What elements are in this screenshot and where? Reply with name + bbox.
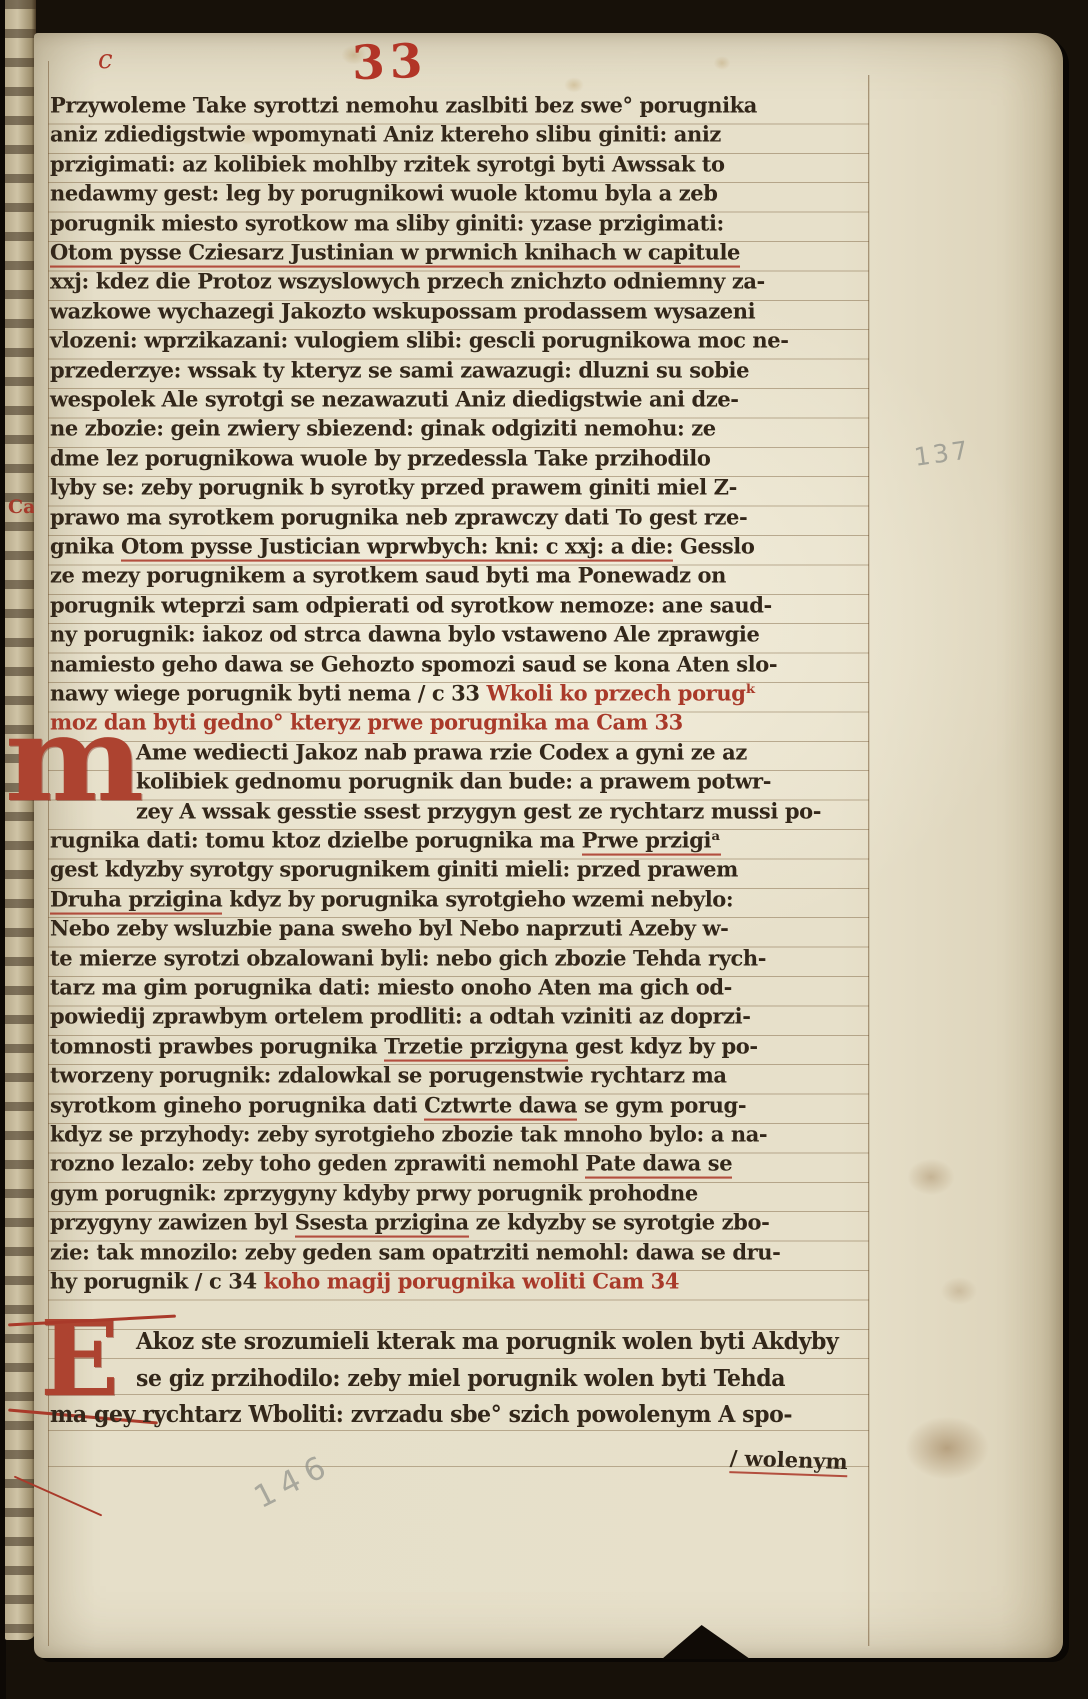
text-segment: vlozeni: wprzikazani: vulogiem slibi: ge… [50, 327, 789, 353]
text-segment: zey A wssak gesstie ssest przygyn gest z… [136, 797, 821, 823]
text-segment: Przywoleme Take syrottzi nemohu zaslbiti… [50, 91, 757, 117]
text-segment: kdyz by porugnika syrotgieho wzemi nebyl… [222, 885, 733, 911]
text-segment: nedawmy gest: leg by porugnikowi wuole k… [50, 180, 718, 206]
quire-mark: c [98, 45, 113, 75]
text-segment: Pate dawa se [585, 1150, 732, 1179]
text-segment: te mierze syrotzi obzalowani byli: nebo … [50, 944, 766, 970]
manuscript-text-line: xxj: kdez die Protoz wszyslowych przech … [50, 266, 864, 297]
text-segment: gest kdyz by po- [568, 1032, 758, 1058]
text-segment: dme lez porugnikowa wuole by przedessla … [50, 444, 711, 470]
manuscript-text-line: tarz ma gim porugnika dati: miesto onoho… [50, 971, 864, 1002]
text-segment: przederzye: wssak ty kteryz se sami zawa… [50, 356, 749, 382]
folio-number: 33 [351, 34, 428, 92]
rubric-segment: Wkoli ko przech porugᵏ [487, 679, 757, 705]
rubric-segment: koho magij porugnika woliti Cam 34 [264, 1267, 679, 1293]
manuscript-text-line: gest kdyzby syrotgy sporugnikem giniti m… [50, 854, 864, 885]
text-segment: zie: tak mnozilo: zeby geden sam opatrzi… [50, 1238, 780, 1264]
text-segment: wazkowe wychazegi Jakozto wskupossam pro… [50, 297, 755, 323]
manuscript-text-line: kolibiek gednomu porugnik dan bude: a pr… [50, 766, 950, 797]
text-segment: syrotkom gineho porugnika dati [50, 1091, 424, 1117]
manuscript-text-line: porugnik wteprzi sam odpierati od syrotk… [50, 589, 864, 620]
text-segment: gest kdyzby syrotgy sporugnikem giniti m… [50, 856, 738, 882]
text-segment: wespolek Ale syrotgi se nezawazuti Aniz … [50, 385, 739, 411]
manuscript-text-line: namiesto geho dawa se Gehozto spomozi sa… [50, 648, 864, 679]
manuscript-text-line: Druha przigina kdyz by porugnika syrotgi… [50, 883, 864, 914]
parchment-notch [662, 1625, 750, 1659]
manuscript-text-line: ze mezy porugnikem a syrotkem saud byti … [50, 560, 864, 591]
text-segment: rugnika dati: tomu ktoz dzielbe porugnik… [50, 826, 582, 852]
manuscript-text-line: se giz przihodilo: zeby miel porugnik wo… [50, 1361, 950, 1399]
manuscript-text-line: syrotkom gineho porugnika dati Cztwrte d… [50, 1089, 864, 1120]
text-segment: Ssesta przigina [295, 1209, 469, 1238]
catchword-text: / wolenym [729, 1445, 848, 1477]
manuscript-text-line: przederzye: wssak ty kteryz se sami zawa… [50, 354, 864, 385]
manuscript-text-line: kdyz se przyhody: zeby syrotgieho zbozie… [50, 1118, 864, 1149]
text-segment: powiedij zprawbym ortelem prodliti: a od… [50, 1003, 751, 1029]
manuscript-text-line: Nebo zeby wsluzbie pana sweho byl Nebo n… [50, 913, 864, 944]
manuscript-text-line: dme lez porugnikowa wuole by przedessla … [50, 442, 864, 473]
text-segment: aniz zdiedigstwie wpomynati Aniz ktereho… [50, 121, 721, 147]
manuscript-text-line: hy porugnik / c 34 koho magij porugnika … [50, 1265, 864, 1296]
manuscript-text-line: gnika Otom pysse Justician wprwbych: kni… [50, 530, 864, 561]
text-segment: tarz ma gim porugnika dati: miesto onoho… [50, 973, 732, 999]
text-segment: ze kdyzby se syrotgie zbo- [469, 1209, 770, 1235]
text-segment: Nebo zeby wsluzbie pana sweho byl Nebo n… [50, 915, 728, 941]
text-segment: Gesslo [673, 532, 754, 558]
manuscript-text-line: nawy wiege porugnik byti nema / c 33 Wko… [50, 677, 864, 708]
text-segment: hy porugnik / c 34 [50, 1267, 264, 1293]
manuscript-text-line: ne zbozie: gein zwiery sbiezend: ginak o… [50, 413, 864, 444]
text-segment: Prwe przigiᵃ [582, 826, 721, 855]
manuscript-text-line: Przywoleme Take syrottzi nemohu zaslbiti… [50, 89, 864, 120]
text-segment: Druha przigina [50, 885, 222, 914]
manuscript-text-line: nedawmy gest: leg by porugnikowi wuole k… [50, 178, 864, 209]
text-segment: lyby se: zeby porugnik b syrotky przed p… [50, 474, 737, 500]
text-segment: przygyny zawizen byl [50, 1209, 295, 1235]
text-segment: Akoz ste srozumieli kterak ma porugnik w… [136, 1328, 838, 1355]
manuscript-page: c 33 m E Przywoleme Take syrottzi nemohu… [34, 33, 1063, 1658]
manuscript-text-line: lyby se: zeby porugnik b syrotky przed p… [50, 472, 864, 503]
manuscript-text-line: aniz zdiedigstwie wpomynati Aniz ktereho… [50, 119, 864, 150]
pencil-foliation-right: 137 [912, 435, 972, 472]
text-segment: porugnik miesto syrotkow ma sliby giniti… [50, 209, 724, 235]
text-segment: ny porugnik: iakoz od strca dawna bylo v… [50, 621, 759, 647]
text-segment: tworzeny porugnik: zdalowkal se porugens… [50, 1062, 727, 1088]
manuscript-text-line: Otom pysse Cziesarz Justinian w prwnich … [50, 236, 864, 267]
manuscript-text-line: vlozeni: wprzikazani: vulogiem slibi: ge… [50, 325, 864, 356]
text-segment: xxj: kdez die Protoz wszyslowych przech … [50, 268, 765, 294]
text-segment: namiesto geho dawa se Gehozto spomozi sa… [50, 650, 777, 676]
text-segment: se giz przihodilo: zeby miel porugnik wo… [136, 1365, 785, 1392]
manuscript-text-line: przigimati: az kolibiek mohlby rzitek sy… [50, 148, 864, 179]
text-segment: Cztwrte dawa [424, 1091, 577, 1120]
text-segment: przigimati: az kolibiek mohlby rzitek sy… [50, 150, 725, 176]
manuscript-text-line: przygyny zawizen byl Ssesta przigina ze … [50, 1207, 864, 1238]
manuscript-text-line: gym porugnik: zprzygyny kdyby prwy porug… [50, 1177, 864, 1208]
manuscript-text-line: Akoz ste srozumieli kterak ma porugnik w… [50, 1324, 950, 1362]
manuscript-text-line: porugnik miesto syrotkow ma sliby giniti… [50, 207, 864, 238]
text-segment: se gym porug- [577, 1091, 746, 1117]
text-segment: nawy wiege porugnik byti nema / c 33 [50, 679, 487, 705]
manuscript-text-line: rugnika dati: tomu ktoz dzielbe porugnik… [50, 824, 864, 855]
manuscript-text-line: wazkowe wychazegi Jakozto wskupossam pro… [50, 295, 864, 326]
manuscript-text-line: wespolek Ale syrotgi se nezawazuti Aniz … [50, 383, 864, 414]
text-segment: gnika [50, 532, 121, 558]
text-segment: porugnik wteprzi sam odpierati od syrotk… [50, 591, 772, 617]
manuscript-text-line: tworzeny porugnik: zdalowkal se porugens… [50, 1060, 864, 1091]
text-segment: kdyz se przyhody: zeby syrotgieho zbozie… [50, 1120, 767, 1146]
manuscript-text-line: te mierze syrotzi obzalowani byli: nebo … [50, 942, 864, 973]
gutter-rubric-fragment: Ca [8, 496, 35, 518]
manuscript-scan: Ca c 33 m E Przywoleme Take syrottzi nem… [0, 0, 1088, 1699]
manuscript-text-line: zie: tak mnozilo: zeby geden sam opatrzi… [50, 1236, 864, 1267]
text-segment: ne zbozie: gein zwiery sbiezend: ginak o… [50, 415, 716, 441]
text-segment: Otom pysse Justician wprwbych: kni: c xx… [121, 532, 673, 561]
text-segment: gym porugnik: zprzygyny kdyby prwy porug… [50, 1179, 698, 1205]
text-segment: Trzetie przigyna [384, 1032, 568, 1061]
text-segment: prawo ma syrotkem porugnika neb zprawczy… [50, 503, 747, 529]
text-segment: rozno lezalo: zeby toho geden zprawiti n… [50, 1150, 585, 1176]
text-segment: kolibiek gednomu porugnik dan bude: a pr… [136, 768, 771, 794]
rubric-segment: moz dan byti gedno° kteryz prwe porugnik… [50, 709, 683, 735]
text-segment: Otom pysse Cziesarz Justinian w prwnich … [50, 238, 740, 267]
manuscript-text-line: zey A wssak gesstie ssest przygyn gest z… [50, 795, 950, 826]
manuscript-text-line: powiedij zprawbym ortelem prodliti: a od… [50, 1001, 864, 1032]
text-segment: tomnosti prawbes porugnika [50, 1032, 384, 1058]
manuscript-text-line: rozno lezalo: zeby toho geden zprawiti n… [50, 1148, 864, 1179]
text-segment: Ame wediecti Jakoz nab prawa rzie Codex … [136, 738, 747, 764]
manuscript-text-line: moz dan byti gedno° kteryz prwe porugnik… [50, 707, 864, 738]
manuscript-text-line: ny porugnik: iakoz od strca dawna bylo v… [50, 619, 864, 650]
manuscript-text-line: Ame wediecti Jakoz nab prawa rzie Codex … [50, 736, 950, 767]
manuscript-text-line: prawo ma syrotkem porugnika neb zprawczy… [50, 501, 864, 532]
manuscript-text-line: tomnosti prawbes porugnika Trzetie przig… [50, 1030, 864, 1061]
text-segment: ze mezy porugnikem a syrotkem saud byti … [50, 562, 726, 588]
